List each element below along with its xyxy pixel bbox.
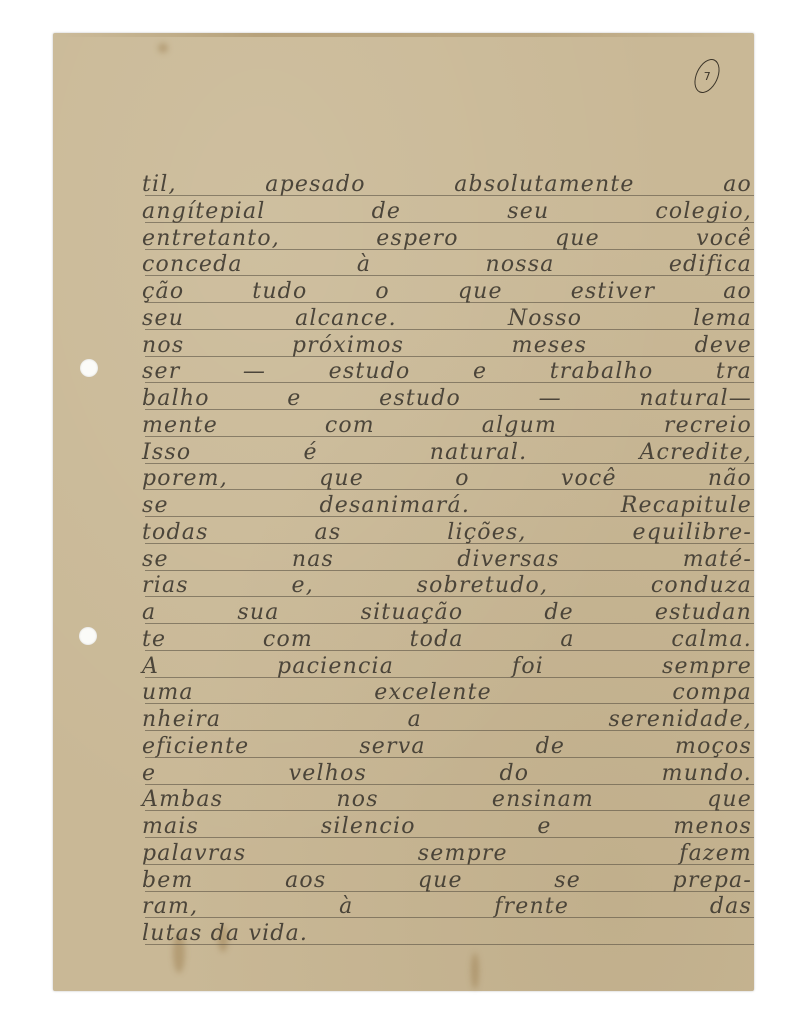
handwritten-line: entretanto, espero que você bbox=[142, 225, 752, 252]
handwritten-line: ser — estudo e trabalho tra bbox=[142, 358, 752, 385]
handwritten-line: bem aos que se prepa- bbox=[142, 867, 752, 894]
handwritten-line: Ambas nos ensinam que bbox=[142, 786, 752, 813]
handwritten-line: Isso é natural. Acredite, bbox=[142, 439, 752, 466]
handwritten-line: nos próximos meses deve bbox=[142, 332, 752, 359]
handwritten-line: lutas da vida. bbox=[142, 920, 592, 947]
handwritten-line: a sua situação de estudan bbox=[142, 599, 752, 626]
punch-hole-bottom bbox=[79, 627, 97, 645]
handwritten-line: te com toda a calma. bbox=[142, 626, 752, 653]
handwritten-line: til, apesado absolutamente ao bbox=[142, 171, 752, 198]
handwritten-line: se desanimará. Recapitule bbox=[142, 492, 752, 519]
handwritten-line: todas as lições, equilibre- bbox=[142, 519, 752, 546]
handwritten-line: A paciencia foi sempre bbox=[142, 653, 752, 680]
handwritten-line: e velhos do mundo. bbox=[142, 760, 752, 787]
stain bbox=[158, 43, 168, 53]
handwritten-line: seu alcance. Nosso lema bbox=[142, 305, 752, 332]
handwritten-line: eficiente serva de moços bbox=[142, 733, 752, 760]
handwritten-line: ção tudo o que estiver ao bbox=[142, 278, 752, 305]
handwritten-line: ram, à frente das bbox=[142, 893, 752, 920]
page-number-text: 7 bbox=[704, 70, 711, 83]
punch-hole-top bbox=[80, 359, 98, 377]
handwritten-line: conceda à nossa edifica bbox=[142, 251, 752, 278]
handwritten-line: mente com algum recreio bbox=[142, 412, 752, 439]
handwritten-line: angítepial de seu colegio, bbox=[142, 198, 752, 225]
handwritten-line: nheira a serenidade, bbox=[142, 706, 752, 733]
stain bbox=[471, 953, 479, 989]
handwritten-line: porem, que o você não bbox=[142, 465, 752, 492]
handwritten-line: balho e estudo — natural— bbox=[142, 385, 752, 412]
handwritten-line: rias e, sobretudo, conduza bbox=[142, 572, 752, 599]
handwritten-line: se nas diversas maté- bbox=[142, 546, 752, 573]
top-edge-stain bbox=[53, 33, 754, 37]
handwritten-line: palavras sempre fazem bbox=[142, 840, 752, 867]
handwritten-line: mais silencio e menos bbox=[142, 813, 752, 840]
handwritten-line: uma excelente compa bbox=[142, 679, 752, 706]
